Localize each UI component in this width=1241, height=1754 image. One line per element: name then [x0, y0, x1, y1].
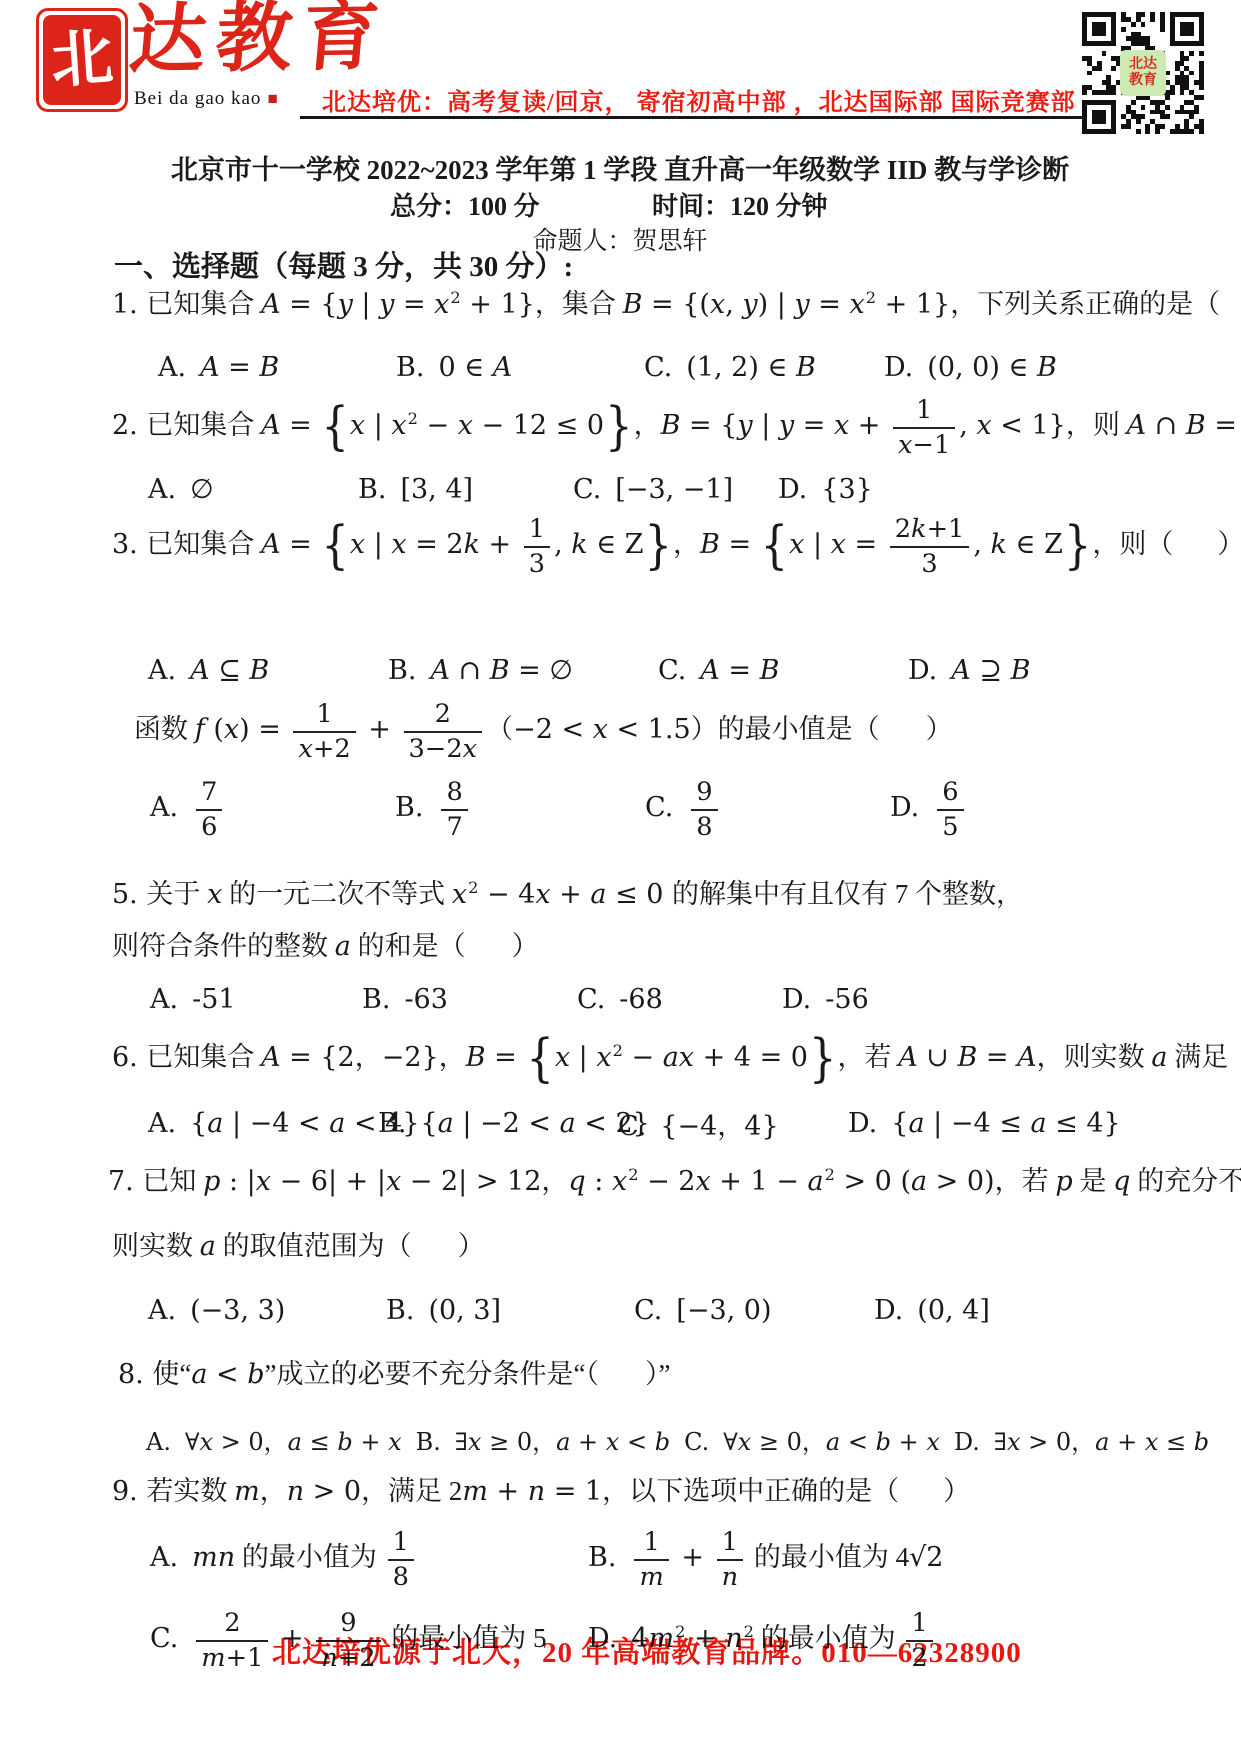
question-6-option-A: A.{a | −4 < a < 4} — [148, 1108, 378, 1139]
option-label: D. — [778, 474, 807, 505]
brand-logo-text: 达教育 — [126, 0, 391, 82]
question-6-option-C: C.{−4，4} — [618, 1104, 848, 1143]
fraction: 65 — [937, 778, 963, 841]
question-7-option-C: C.[−3, 0) — [634, 1295, 874, 1326]
question-8-option-B: B.∃x ≥ 0，a + x < b — [416, 1422, 670, 1457]
question-9-stem: 9. 若实数 m，n > 0，满足 2m + n = 1，以下选项中正确的是（） — [112, 1475, 970, 1509]
question-2-options: A.∅B.[3, 4]C.[−3, −1]D.{3} — [148, 474, 873, 505]
option-label: A. — [150, 792, 178, 823]
option-label: C. — [658, 655, 686, 686]
option-label: A. — [148, 655, 176, 686]
question-4-option-A: A.76 — [150, 778, 395, 841]
option-label: C. — [577, 984, 605, 1015]
fraction: 2m+1 — [196, 1609, 268, 1672]
question-6-option-D: D.{a | −4 ≤ a ≤ 4} — [848, 1108, 1121, 1139]
question-1-option-B: B.0 ∈ A — [396, 352, 644, 383]
question-4-stem: 函数 f (x) = 1x+2 + 23−2x（−2 < x < 1.5）的最小… — [134, 700, 953, 763]
brand-seal: 北 — [36, 8, 128, 112]
option-label: A. — [148, 474, 176, 505]
question-1-stem: 1. 已知集合 A = {y | y = x2 + 1}，集合 B = {(x,… — [112, 288, 1241, 322]
fraction: 1x−1 — [893, 396, 955, 459]
question-8-option-C: C.∀x ≥ 0，a < b + x — [684, 1422, 940, 1457]
question-3-stem: 3. 已知集合 A = {x | x = 2k + 13, k ∈ Z}，B =… — [112, 515, 1241, 578]
option-label: D. — [874, 1295, 903, 1326]
brand-logo-subtitle: Bei da gao kao■ — [134, 88, 279, 110]
question-7-stem2: 则实数 a 的取值范围为（） — [112, 1230, 485, 1264]
question-3-option-C: C.A = B — [658, 655, 908, 686]
question-5-option-C: C.-68 — [577, 984, 782, 1015]
option-label: D. — [908, 655, 937, 686]
question-6-option-B: B.{a | −2 < a < 2} — [378, 1108, 618, 1139]
question-5-options: A.-51B.-63C.-68D.-56 — [150, 984, 869, 1015]
option-label: B. — [386, 1295, 414, 1326]
option-label: D. — [848, 1108, 877, 1139]
question-2-stem: 2. 已知集合 A = {x | x2 − x − 12 ≤ 0}，B = {y… — [112, 396, 1241, 459]
option-label: D. — [782, 984, 811, 1015]
question-8-option-D: D.∃x > 0，a + x ≤ b — [954, 1422, 1209, 1457]
exam-title: 北京市十一学校 2022~2023 学年第 1 学段 直升高一年级数学 IID … — [110, 148, 1130, 187]
question-2-option-C: C.[−3, −1] — [573, 474, 778, 505]
option-label: C. — [684, 1428, 709, 1456]
question-9-option-B: B.1m + 1n 的最小值为 4√2 — [588, 1528, 943, 1591]
question-4-options: A.76B.87C.98D.65 — [150, 778, 968, 841]
question-6-options: A.{a | −4 < a < 4}B.{a | −2 < a < 2}C.{−… — [148, 1104, 1121, 1143]
header-divider — [300, 116, 1092, 119]
seal-character: 北 — [49, 27, 115, 93]
question-2-option-D: D.{3} — [778, 474, 873, 505]
option-label: D. — [954, 1428, 980, 1456]
question-1-option-D: D.(0, 0) ∈ B — [884, 352, 1057, 383]
question-3-options: A.A ⊆ BB.A ∩ B = ∅C.A = BD.A ⊇ B — [148, 655, 1030, 686]
question-8-option-A: A.∀x > 0，a ≤ b + x — [146, 1422, 402, 1457]
exam-duration: 时间：120 分钟 — [652, 186, 828, 223]
option-label: B. — [588, 1542, 616, 1573]
question-5-option-B: B.-63 — [362, 984, 577, 1015]
option-label: C. — [645, 792, 673, 823]
option-label: B. — [416, 1428, 441, 1456]
option-label: A. — [148, 1108, 176, 1139]
option-label: A. — [146, 1428, 171, 1456]
option-label: B. — [378, 1108, 406, 1139]
question-4-option-B: B.87 — [395, 778, 645, 841]
option-label: C. — [644, 352, 672, 383]
fraction: 76 — [196, 778, 222, 841]
fraction: 1x+2 — [293, 700, 355, 763]
question-8-stem: 8. 使“a < b”成立的必要不充分条件是“（）” — [118, 1358, 670, 1392]
option-label: C. — [618, 1111, 646, 1142]
question-3-option-A: A.A ⊆ B — [148, 655, 388, 686]
option-label: C. — [150, 1623, 178, 1654]
question-7-options: A.(−3, 3)B.(0, 3]C.[−3, 0)D.(0, 4] — [148, 1295, 990, 1326]
question-5-stem2: 则符合条件的整数 a 的和是（） — [112, 930, 539, 964]
question-2-option-A: A.∅ — [148, 474, 358, 505]
question-7-stem: 7. 已知 p : |x − 6| + |x − 2| > 12，q : x2 … — [108, 1165, 1241, 1199]
question-1-options: A.A = BB.0 ∈ AC.(1, 2) ∈ BD.(0, 0) ∈ B — [158, 352, 1057, 383]
option-label: B. — [388, 655, 416, 686]
question-7-option-D: D.(0, 4] — [874, 1295, 990, 1326]
fraction: 13 — [524, 515, 550, 578]
question-2-option-B: B.[3, 4] — [358, 474, 573, 505]
fraction: 98 — [691, 778, 717, 841]
option-label: A. — [150, 984, 178, 1015]
question-5-option-D: D.-56 — [782, 984, 869, 1015]
qr-code: 北达 教育 — [1082, 12, 1204, 134]
header-tagline: 北达培优：高考复读/回京， 寄宿初高中部 ，北达国际部 国际竞赛部 — [322, 82, 1076, 117]
section-heading: 一、选择题（每题 3 分，共 30 分）: — [114, 244, 573, 285]
option-label: C. — [573, 474, 601, 505]
qr-center-label: 北达 教育 — [1120, 50, 1166, 96]
option-label: D. — [890, 792, 919, 823]
fraction: 18 — [388, 1528, 414, 1591]
option-label: B. — [362, 984, 390, 1015]
question-6-stem: 6. 已知集合 A = {2，−2}，B = {x | x2 − ax + 4 … — [112, 1038, 1241, 1081]
question-3-option-B: B.A ∩ B = ∅ — [388, 655, 658, 686]
fraction: 2k+13 — [890, 515, 970, 578]
exam-page: 北 达教育 Bei da gao kao■ 北达培优：高考复读/回京， 寄宿初高… — [0, 0, 1241, 1754]
brand-square-icon: ■ — [267, 89, 278, 108]
option-label: B. — [395, 792, 423, 823]
option-label: C. — [634, 1295, 662, 1326]
footer-banner: 北达培优源于北大，20 年高端教育品牌。010—62328900 — [272, 1630, 1022, 1671]
question-7-option-B: B.(0, 3] — [386, 1295, 634, 1326]
question-5-option-A: A.-51 — [150, 984, 362, 1015]
total-score: 总分：100 分 — [390, 186, 540, 223]
question-4-option-C: C.98 — [645, 778, 890, 841]
fraction: 87 — [441, 778, 467, 841]
option-label: A. — [158, 352, 186, 383]
fraction: 23−2x — [404, 700, 483, 763]
fraction: 1n — [717, 1528, 744, 1591]
question-7-option-A: A.(−3, 3) — [148, 1295, 386, 1326]
fraction: 1m — [634, 1528, 668, 1591]
option-label: A. — [148, 1295, 176, 1326]
option-label: B. — [358, 474, 386, 505]
question-1-option-A: A.A = B — [158, 352, 396, 383]
option-label: B. — [396, 352, 424, 383]
question-4-option-D: D.65 — [890, 778, 968, 841]
question-9-option-A: A.mn 的最小值为 18 — [150, 1528, 588, 1591]
option-label: A. — [150, 1542, 178, 1573]
option-label: D. — [884, 352, 913, 383]
question-8-options: A.∀x > 0，a ≤ b + xB.∃x ≥ 0，a + x < bC.∀x… — [146, 1422, 1209, 1457]
question-5-stem: 5. 关于 x 的一元二次不等式 x2 − 4x + a ≤ 0 的解集中有且仅… — [112, 878, 1023, 912]
seal-background: 北 — [43, 15, 121, 105]
question-3-option-D: D.A ⊇ B — [908, 655, 1030, 686]
question-1-option-C: C.(1, 2) ∈ B — [644, 352, 884, 383]
